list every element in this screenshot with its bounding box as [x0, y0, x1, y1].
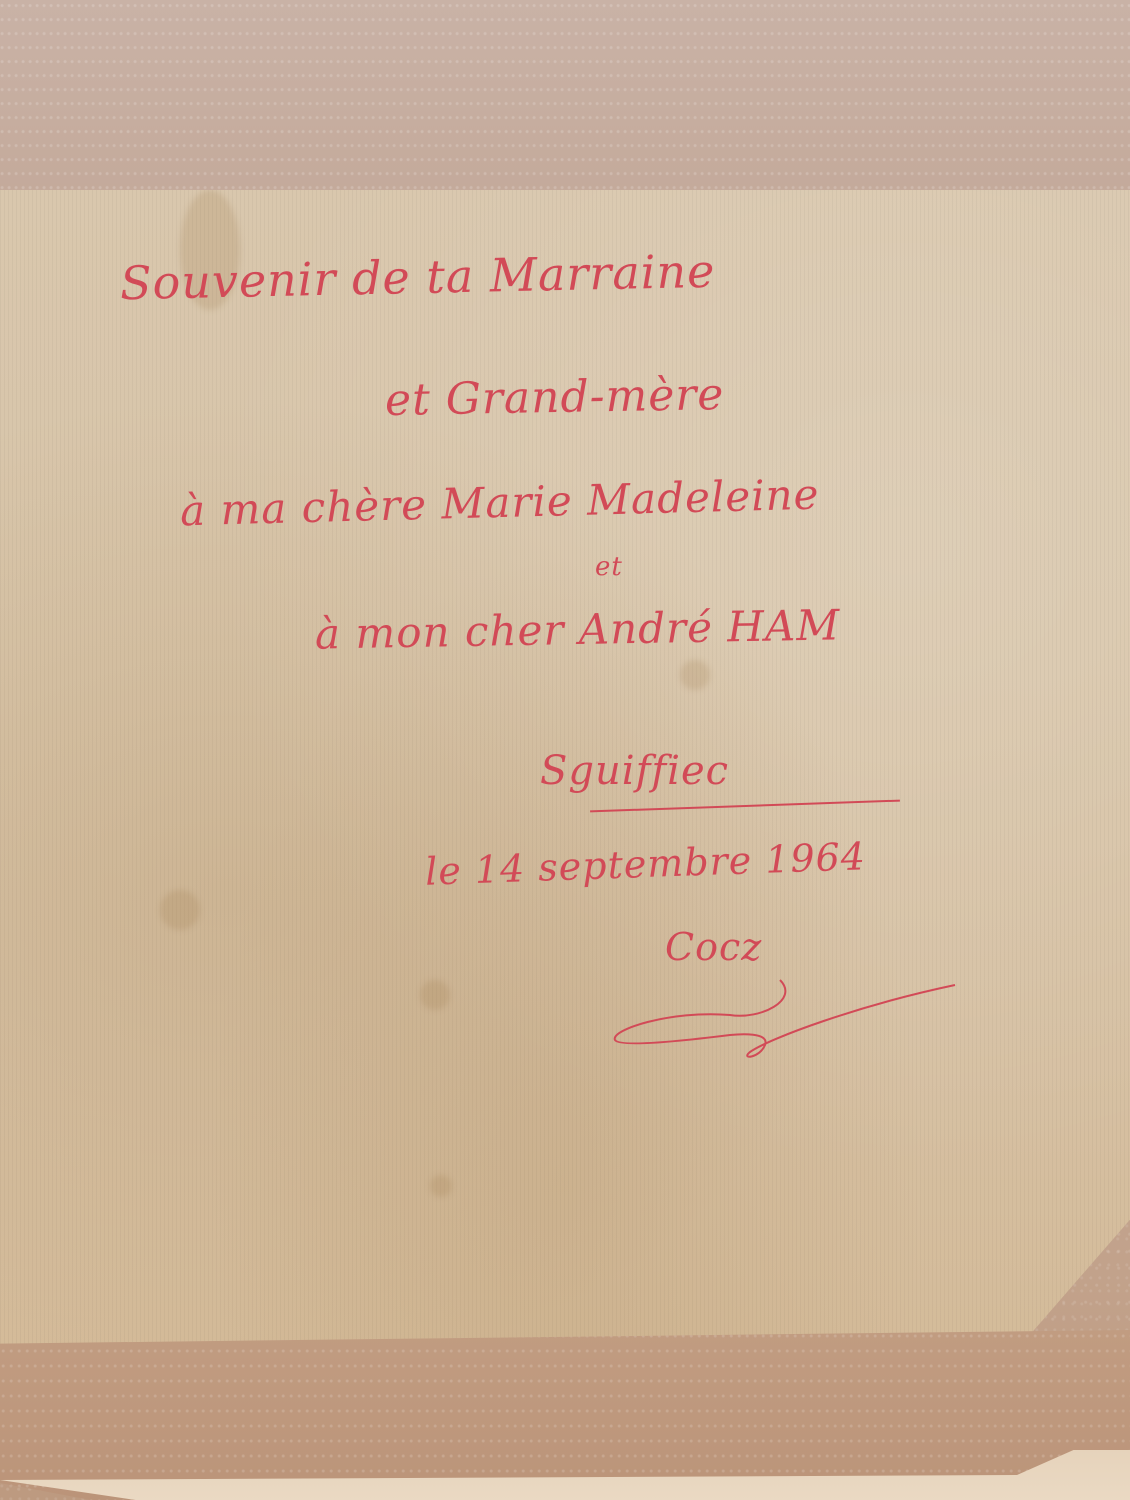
stain: [420, 980, 450, 1010]
inscription-line-grand-mere: et Grand-mère: [385, 369, 725, 426]
signature-flourish-icon: [610, 960, 960, 1070]
inscription-line-et: et: [595, 552, 623, 582]
stain: [430, 1175, 452, 1197]
frame-top-strip: [0, 0, 1130, 191]
stain: [160, 890, 200, 930]
inscription-place: Sguiffiec: [540, 748, 729, 794]
frame-bottom-strip: [0, 1330, 1130, 1500]
stain: [680, 660, 710, 690]
inscription-line-andre-ham: à mon cher André HAM: [315, 600, 841, 658]
